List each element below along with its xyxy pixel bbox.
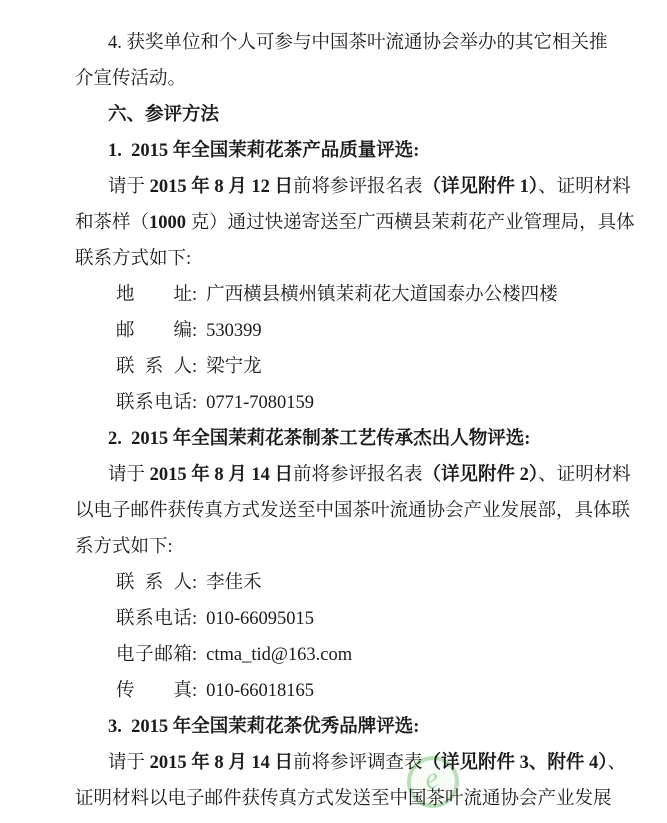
contact-label-char: 系 (145, 349, 164, 385)
text-line: 地址:广西横县横州镇茉莉花大道国泰办公楼四楼 (75, 277, 605, 313)
contact-label: 联系人 (116, 565, 192, 601)
contact-colon: : (192, 565, 197, 601)
text-line: 请于 2015 年 8 月 14 日前将参评报名表（详见附件 2）、证明材料 (75, 457, 605, 493)
document-page: e 4. 获奖单位和个人可参与中国茶叶流通协会举办的其它相关推介宣传活动。六、参… (0, 0, 667, 823)
text-run: 1. 2015 年全国茉莉花茶产品质量评选: (108, 141, 419, 161)
contact-label-char: 编 (173, 313, 192, 349)
text-line: 请于 2015 年 8 月 14 日前将参评调查表（详见附件 3、附件 4）、 (75, 745, 605, 781)
contact-value: 010-66095015 (206, 601, 314, 637)
text-line: 联系电话:0771-7080159 (75, 385, 605, 421)
contact-value: 530399 (206, 313, 262, 349)
contact-label-char: 邮 (116, 313, 135, 349)
contact-label: 电子邮箱 (116, 637, 192, 673)
text-run: 和茶样（ (75, 213, 149, 233)
contact-colon: : (192, 349, 197, 385)
contact-label-char: 人 (173, 349, 192, 385)
contact-colon: : (192, 385, 197, 421)
text-run: 2. 2015 年全国茉莉花茶制茶工艺传承杰出人物评选: (108, 429, 530, 449)
text-run: 介宣传活动。 (75, 69, 186, 89)
contact-value: 010-66018165 (206, 673, 314, 709)
text-line: 联系电话:010-66095015 (75, 601, 605, 637)
text-run: 前将参评调查表 (293, 753, 423, 773)
text-run: 证明材料以电子邮件获传真方式发送至中国茶叶流通协会产业发展 (75, 789, 612, 809)
contact-value: 李佳禾 (206, 565, 262, 601)
text-line: 联系人:李佳禾 (75, 565, 605, 601)
contact-label-char: 系 (135, 385, 154, 421)
contact-label-char: 系 (145, 565, 164, 601)
contact-label-char: 地 (116, 277, 135, 313)
text-line: 3. 2015 年全国茉莉花茶优秀品牌评选: (75, 709, 605, 745)
text-line: 联系人:梁宁龙 (75, 349, 605, 385)
contact-value: 0771-7080159 (206, 385, 314, 421)
contact-colon: : (192, 673, 197, 709)
contact-label-char: 联 (116, 565, 135, 601)
contact-colon: : (192, 277, 197, 313)
text-run: 系方式如下: (75, 537, 173, 557)
contact-label-char: 箱 (173, 637, 192, 673)
text-run: 克）通过快递寄送至广西横县茉莉花产业管理局，具体 (186, 213, 635, 233)
document-body: 4. 获奖单位和个人可参与中国茶叶流通协会举办的其它相关推介宣传活动。六、参评方… (75, 25, 605, 817)
text-line: 邮编:530399 (75, 313, 605, 349)
text-run: 3. 2015 年全国茉莉花茶优秀品牌评选: (108, 717, 419, 737)
contact-value: 广西横县横州镇茉莉花大道国泰办公楼四楼 (206, 277, 558, 313)
text-line: 和茶样（1000 克）通过快递寄送至广西横县茉莉花产业管理局，具体 (75, 205, 605, 241)
text-run: 、证明材料 (538, 465, 631, 485)
text-run: （详见附件 2） (423, 465, 539, 485)
contact-label: 联系人 (116, 349, 192, 385)
text-run: 前将参评报名表 (293, 177, 423, 197)
text-run: 请于 (108, 465, 150, 485)
contact-label-char: 电 (116, 637, 135, 673)
contact-label-char: 联 (116, 601, 135, 637)
text-line: 证明材料以电子邮件获传真方式发送至中国茶叶流通协会产业发展 (75, 781, 605, 817)
text-line: 传真:010-66018165 (75, 673, 605, 709)
text-run: 、证明材料 (538, 177, 631, 197)
contact-colon: : (192, 637, 197, 673)
contact-label-char: 址 (173, 277, 192, 313)
text-line: 系方式如下: (75, 529, 605, 565)
text-run: 请于 (108, 177, 150, 197)
contact-label-char: 人 (173, 565, 192, 601)
text-line: 2. 2015 年全国茉莉花茶制茶工艺传承杰出人物评选: (75, 421, 605, 457)
contact-label: 传真 (116, 673, 192, 709)
text-line: 介宣传活动。 (75, 61, 605, 97)
text-line: 4. 获奖单位和个人可参与中国茶叶流通协会举办的其它相关推 (75, 25, 605, 61)
contact-label: 邮编 (116, 313, 192, 349)
text-run: 2015 年 8 月 14 日 (150, 465, 293, 485)
text-run: 1000 (149, 213, 186, 233)
text-run: 前将参评报名表 (293, 465, 423, 485)
text-line: 请于 2015 年 8 月 12 日前将参评报名表（详见附件 1）、证明材料 (75, 169, 605, 205)
contact-colon: : (192, 313, 197, 349)
contact-label-char: 邮 (154, 637, 173, 673)
text-run: （详见附件 3、附件 4） (423, 753, 608, 773)
contact-label-char: 电 (154, 385, 173, 421)
text-run: （详见附件 1） (423, 177, 539, 197)
text-line: 电子邮箱:ctma_tid@163.com (75, 637, 605, 673)
text-run: 4. 获奖单位和个人可参与中国茶叶流通协会举办的其它相关推 (108, 33, 608, 53)
text-run: 2015 年 8 月 12 日 (150, 177, 293, 197)
text-run: 六、参评方法 (108, 105, 219, 125)
contact-label-char: 联 (116, 385, 135, 421)
contact-label-char: 话 (173, 385, 192, 421)
text-run: 联系方式如下: (75, 249, 191, 269)
contact-label-char: 传 (116, 673, 135, 709)
text-line: 六、参评方法 (75, 97, 605, 133)
text-run: 2015 年 8 月 14 日 (150, 753, 293, 773)
contact-colon: : (192, 601, 197, 637)
contact-label: 联系电话 (116, 601, 192, 637)
contact-label-char: 联 (116, 349, 135, 385)
contact-value: 梁宁龙 (206, 349, 262, 385)
contact-label: 联系电话 (116, 385, 192, 421)
contact-label-char: 真 (173, 673, 192, 709)
text-run: 请于 (108, 753, 150, 773)
contact-value: ctma_tid@163.com (206, 637, 352, 673)
text-line: 以电子邮件获传真方式发送至中国茶叶流通协会产业发展部，具体联 (75, 493, 605, 529)
text-line: 联系方式如下: (75, 241, 605, 277)
text-line: 1. 2015 年全国茉莉花茶产品质量评选: (75, 133, 605, 169)
contact-label: 地址 (116, 277, 192, 313)
contact-label-char: 话 (173, 601, 192, 637)
text-run: 以电子邮件获传真方式发送至中国茶叶流通协会产业发展部，具体联 (75, 501, 630, 521)
contact-label-char: 系 (135, 601, 154, 637)
text-run: 、 (608, 753, 627, 773)
contact-label-char: 子 (135, 637, 154, 673)
contact-label-char: 电 (154, 601, 173, 637)
